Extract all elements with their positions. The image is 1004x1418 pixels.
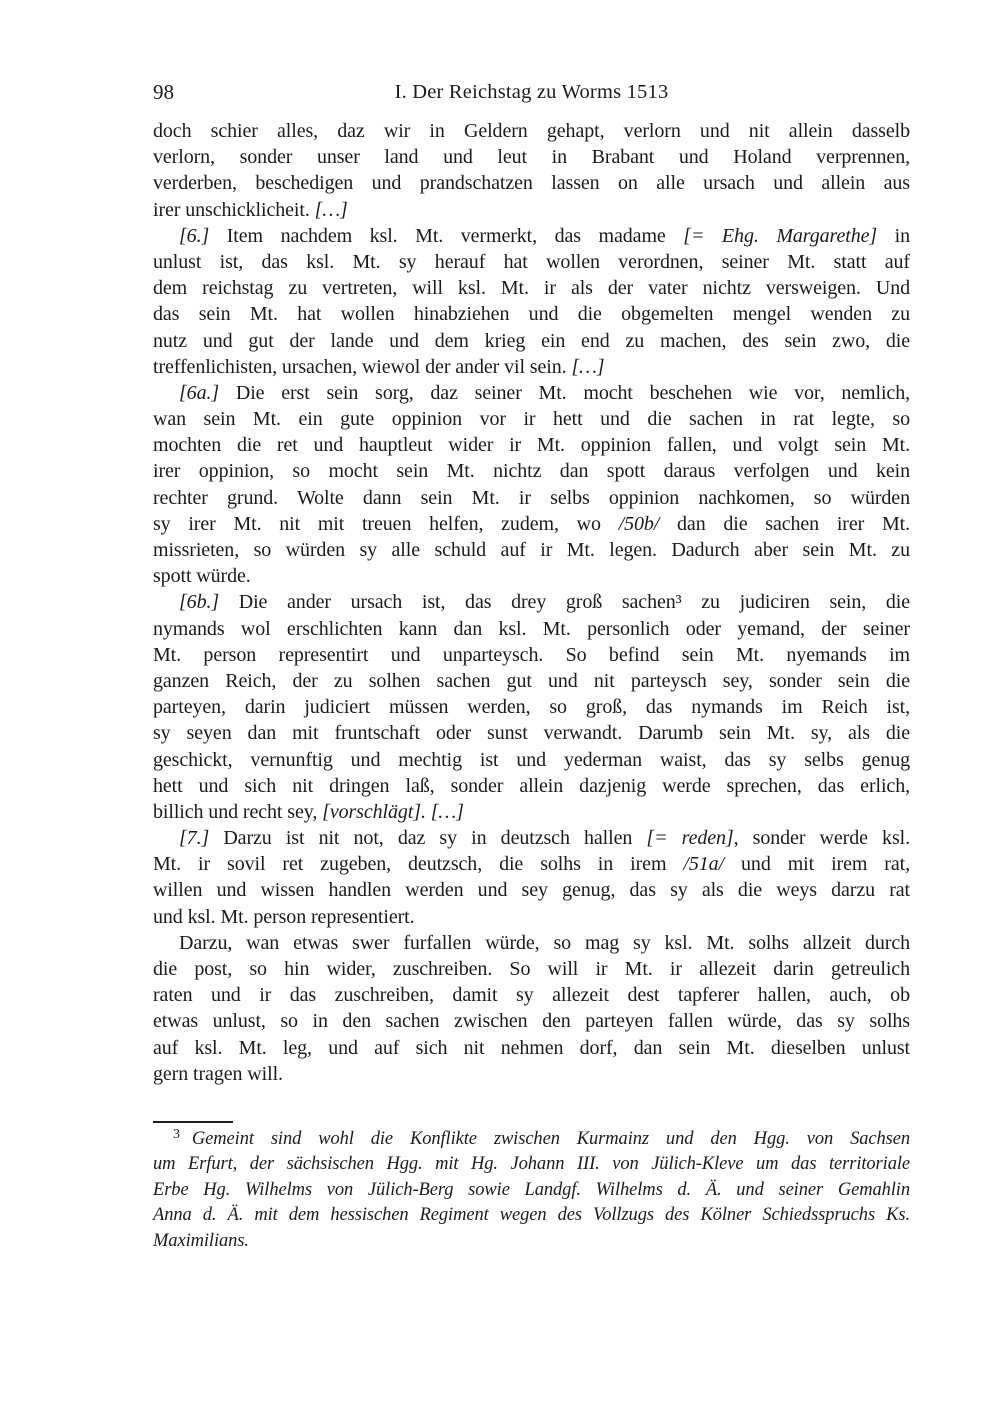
paragraph: [7.] Darzu ist nit not, daz sy in deutzs… (153, 825, 910, 930)
text-line: missrieten, so würden sy alle schuld auf… (153, 537, 910, 563)
text-line: etwas unlust, so in den sachen zwischen … (153, 1008, 910, 1034)
text-line: [7.] Darzu ist nit not, daz sy in deutzs… (153, 825, 910, 851)
text-line: geschickt, vernunftig und mechtig ist un… (153, 747, 910, 773)
text-line: treffenlichisten, ursachen, wiewol der a… (153, 354, 910, 380)
paragraph: [6.] Item nachdem ksl. Mt. vermerkt, das… (153, 223, 910, 380)
text-line: hett und sich nit dringen laß, sonder al… (153, 773, 910, 799)
text-line: doch schier alles, daz wir in Geldern ge… (153, 118, 910, 144)
footnote-line: Maximilians. (153, 1229, 910, 1254)
text-line: [6b.] Die ander ursach ist, das drey gro… (153, 589, 910, 615)
text-line: willen und wissen handlen werden und sey… (153, 877, 910, 903)
text-line: verlorn, sonder unser land und leut in B… (153, 144, 910, 170)
footnote-line: Anna d. Ä. mit dem hessischen Regiment w… (153, 1203, 910, 1228)
text-line: Darzu, wan etwas swer furfallen würde, s… (153, 930, 910, 956)
text-line: billich und recht sey, [vorschlägt]. […] (153, 799, 910, 825)
page-header: 98 I. Der Reichstag zu Worms 1513 (153, 80, 910, 106)
text-line: irer oppinion, so mocht sein Mt. nichtz … (153, 458, 910, 484)
text-line: sy seyen dan mit fruntschaft oder sunst … (153, 720, 910, 746)
paragraph: doch schier alles, daz wir in Geldern ge… (153, 118, 910, 223)
text-line: mochten die ret und hauptleut wider ir M… (153, 432, 910, 458)
text-line: dem reichstag zu vertreten, will ksl. Mt… (153, 275, 910, 301)
footnote: 3Gemeint sind wohl die Konflikte zwische… (153, 1127, 910, 1254)
text-line: [6.] Item nachdem ksl. Mt. vermerkt, das… (153, 223, 910, 249)
text-line: ganzen Reich, der zu solhen sachen gut u… (153, 668, 910, 694)
text-line: Mt. person representirt und unparteysch.… (153, 642, 910, 668)
text-line: spott würde. (153, 563, 910, 589)
text-line: parteyen, darin judiciert müssen werden,… (153, 694, 910, 720)
text-line: gern tragen will. (153, 1061, 910, 1087)
footnote-line: Erbe Hg. Wilhelms von Jülich-Berg sowie … (153, 1178, 910, 1203)
text-line: irer unschicklicheit. […] (153, 197, 910, 223)
text-line: die post, so hin wider, zuschreiben. So … (153, 956, 910, 982)
text-line: nutz und gut der lande und dem krieg ein… (153, 328, 910, 354)
paragraph: [6a.] Die erst sein sorg, daz seiner Mt.… (153, 380, 910, 590)
text-line: das sein Mt. hat wollen hinabziehen und … (153, 301, 910, 327)
text-line: Mt. ir sovil ret zugeben, deutzsch, die … (153, 851, 910, 877)
body-text: doch schier alles, daz wir in Geldern ge… (153, 118, 910, 1087)
footnote-rule (153, 1121, 233, 1123)
footnote-marker: 3 (173, 1127, 180, 1142)
text-line: auf ksl. Mt. leg, und auf sich nit nehme… (153, 1035, 910, 1061)
paragraph: Darzu, wan etwas swer furfallen würde, s… (153, 930, 910, 1087)
running-title: I. Der Reichstag zu Worms 1513 (153, 80, 910, 104)
text-line: unlust ist, das ksl. Mt. sy herauf hat w… (153, 249, 910, 275)
text-line: sy irer Mt. nit mit treuen helfen, zudem… (153, 511, 910, 537)
text-line: wan sein Mt. ein gute oppinion vor ir he… (153, 406, 910, 432)
text-line: und ksl. Mt. person representiert. (153, 904, 910, 930)
text-line: rechter grund. Wolte dann sein Mt. ir se… (153, 485, 910, 511)
paragraph: [6b.] Die ander ursach ist, das drey gro… (153, 589, 910, 825)
text-line: raten und ir das zuschreiben, damit sy a… (153, 982, 910, 1008)
footnote-line: um Erfurt, der sächsischen Hgg. mit Hg. … (153, 1152, 910, 1177)
text-line: verderben, beschedigen und prandschatzen… (153, 170, 910, 196)
text-line: nymands wol erschlichten kann dan ksl. M… (153, 616, 910, 642)
footnote-line: 3Gemeint sind wohl die Konflikte zwische… (153, 1127, 910, 1152)
text-line: [6a.] Die erst sein sorg, daz seiner Mt.… (153, 380, 910, 406)
